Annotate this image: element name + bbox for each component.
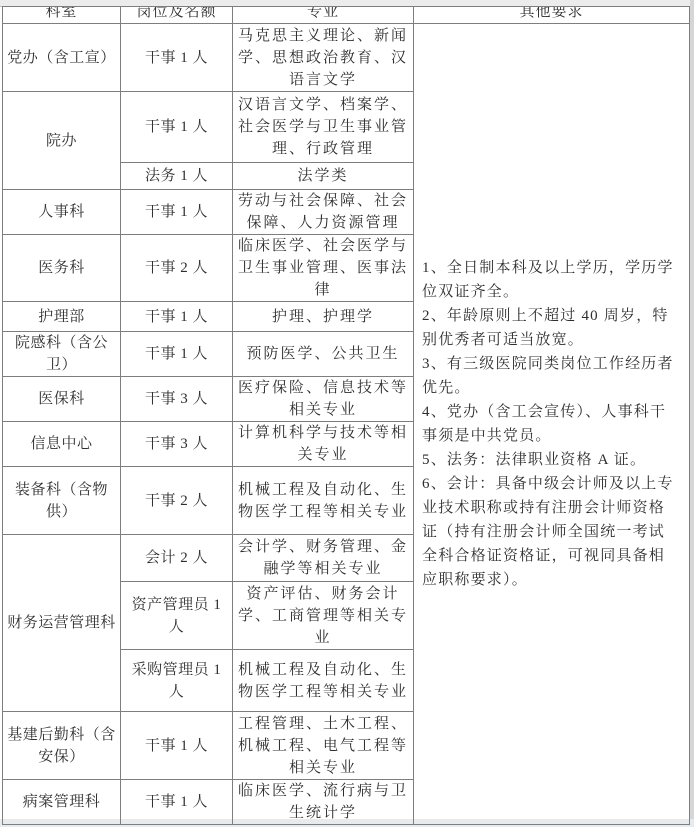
- requirement-item: 1、全日制本科及以上学历，学历学位双证齐全。: [422, 256, 681, 304]
- major-cell: 会计学、财务管理、金融学等相关专业: [233, 535, 414, 582]
- table-row: 党办（含工宣） 干事 1 人 马克思主义理论、新闻学、思想政治教育、汉语言文学 …: [3, 24, 690, 92]
- major-cell: 医疗保险、信息技术等相关专业: [233, 377, 414, 422]
- dept-cell: 医保科: [3, 377, 121, 422]
- position-cell: 干事 1 人: [121, 24, 233, 92]
- position-cell: 干事 1 人: [121, 92, 233, 163]
- header-major: 专业: [233, 7, 414, 24]
- position-cell: 会计 2 人: [121, 535, 233, 582]
- header-row: 科室 岗位及名额 专业 其他要求: [3, 7, 690, 24]
- position-cell: 干事 1 人: [121, 332, 233, 377]
- requirement-item: 6、会计：具备中级会计师及以上专业技术职称或持有注册会计师资格证（持有注册会计师…: [422, 472, 681, 592]
- dept-cell: 医务科: [3, 235, 121, 302]
- major-cell: 资产评估、财务会计学、工商管理等相关专业: [233, 582, 414, 650]
- major-cell: 预防医学、公共卫生: [233, 332, 414, 377]
- recruitment-table: 科室 岗位及名额 专业 其他要求 党办（含工宣） 干事 1 人 马克思主义理论、…: [2, 6, 690, 825]
- position-cell: 干事 1 人: [121, 780, 233, 825]
- position-cell: 干事 1 人: [121, 302, 233, 332]
- major-cell: 工程管理、土木工程、机械工程、电气工程等相关专业: [233, 712, 414, 780]
- major-cell: 临床医学、流行病与卫生统计学: [233, 780, 414, 825]
- position-cell: 干事 1 人: [121, 190, 233, 235]
- dept-cell: 护理部: [3, 302, 121, 332]
- position-cell: 干事 2 人: [121, 467, 233, 535]
- major-cell: 计算机科学与技术等相关专业: [233, 422, 414, 467]
- requirement-item: 5、法务：法律职业资格 A 证。: [422, 448, 681, 472]
- requirements-cell: 1、全日制本科及以上学历，学历学位双证齐全。 2、年龄原则上不超过 40 周岁，…: [414, 24, 690, 825]
- requirement-item: 2、年龄原则上不超过 40 周岁，特别优秀者可适当放宽。: [422, 304, 681, 352]
- major-cell: 法学类: [233, 163, 414, 190]
- header-other-requirements: 其他要求: [414, 7, 690, 24]
- major-cell: 劳动与社会保障、社会保障、人力资源管理: [233, 190, 414, 235]
- dept-cell: 财务运营管理科: [3, 535, 121, 712]
- dept-cell: 院感科（含公卫）: [3, 332, 121, 377]
- requirement-item: 4、党办（含工会宣传）、人事科干事须是中共党员。: [422, 400, 681, 448]
- position-cell: 干事 2 人: [121, 235, 233, 302]
- page-right-edge: [690, 0, 694, 819]
- major-cell: 护理、护理学: [233, 302, 414, 332]
- dept-cell: 基建后勤科（含安保）: [3, 712, 121, 780]
- position-cell: 干事 1 人: [121, 712, 233, 780]
- requirement-item: 3、有三级医院同类岗位工作经历者优先。: [422, 352, 681, 400]
- dept-cell: 党办（含工宣）: [3, 24, 121, 92]
- position-cell: 法务 1 人: [121, 163, 233, 190]
- major-cell: 马克思主义理论、新闻学、思想政治教育、汉语言文学: [233, 24, 414, 92]
- major-cell: 临床医学、社会医学与卫生事业管理、医事法律: [233, 235, 414, 302]
- major-cell: 机械工程及自动化、生物医学工程等相关专业: [233, 467, 414, 535]
- position-cell: 资产管理员 1 人: [121, 582, 233, 650]
- major-cell: 汉语言文学、档案学、社会医学与卫生事业管理、行政管理: [233, 92, 414, 163]
- header-position: 岗位及名额: [121, 7, 233, 24]
- dept-cell: 装备科（含物供）: [3, 467, 121, 535]
- dept-cell: 院办: [3, 92, 121, 190]
- dept-cell: 信息中心: [3, 422, 121, 467]
- header-dept: 科室: [3, 7, 121, 24]
- position-cell: 采购管理员 1 人: [121, 650, 233, 712]
- dept-cell: 人事科: [3, 190, 121, 235]
- major-cell: 机械工程及自动化、生物医学工程等相关专业: [233, 650, 414, 712]
- dept-cell: 病案管理科: [3, 780, 121, 825]
- position-cell: 干事 3 人: [121, 377, 233, 422]
- position-cell: 干事 3 人: [121, 422, 233, 467]
